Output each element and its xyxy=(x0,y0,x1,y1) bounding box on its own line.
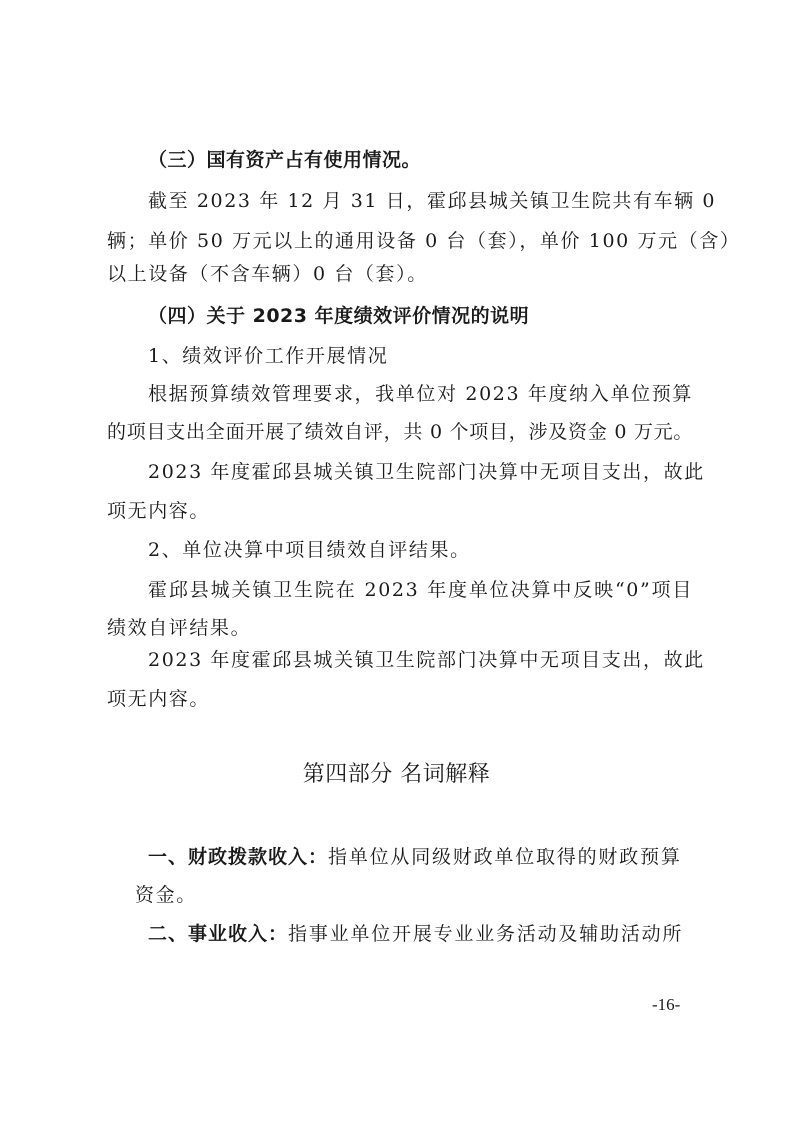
section-3-line-1: 截至 2023 年 12 月 31 日，霍邱县城关镇卫生院共有车辆 0 xyxy=(148,188,693,214)
subsection-1-para-1-line-1: 根据预算绩效管理要求，我单位对 2023 年度纳入单位预算 xyxy=(148,381,693,407)
section-3-line-2: 辆；单价 50 万元以上的通用设备 0 台（套），单价 100 万元（含） xyxy=(107,228,693,254)
subsection-2-para-1-line-2: 绩效自评结果。 xyxy=(107,615,251,641)
section-3-heading: （三）国有资产占有使用情况。 xyxy=(148,147,421,173)
definition-2-text: 指事业单位开展专业业务活动及辅助活动所 xyxy=(288,923,683,945)
subsection-1-para-2-line-1: 2023 年度霍邱县城关镇卫生院部门决算中无项目支出，故此 xyxy=(148,459,693,485)
definition-1-text: 指单位从同级财政单位取得的财政预算 xyxy=(328,846,682,868)
definition-1: 一、财政拨款收入：指单位从同级财政单位取得的财政预算 xyxy=(148,844,682,870)
definition-1-continuation: 资金。 xyxy=(135,882,197,908)
section-4-heading: （四）关于 2023 年度绩效评价情况的说明 xyxy=(148,303,529,329)
page-number: -16- xyxy=(652,995,680,1015)
part-4-title: 第四部分 名词解释 xyxy=(0,760,793,790)
definition-2-term: 二、事业收入： xyxy=(148,923,288,945)
subsection-2-para-2-line-1: 2023 年度霍邱县城关镇卫生院部门决算中无项目支出，故此 xyxy=(148,647,693,673)
section-3-line-3: 以上设备（不含车辆）0 台（套）。 xyxy=(107,261,428,287)
definition-1-term: 一、财政拨款收入： xyxy=(148,846,328,868)
definition-2: 二、事业收入：指事业单位开展专业业务活动及辅助活动所 xyxy=(148,921,683,947)
subsection-1-para-2-line-2: 项无内容。 xyxy=(107,498,210,524)
subsection-1-title: 1、绩效评价工作开展情况 xyxy=(148,343,388,369)
subsection-2-para-1-line-1: 霍邱县城关镇卫生院在 2023 年度单位决算中反映“0”项目 xyxy=(148,577,693,603)
subsection-2-title: 2、单位决算中项目绩效自评结果。 xyxy=(148,537,471,563)
subsection-1-para-1-line-2: 的项目支出全面开展了绩效自评，共 0 个项目，涉及资金 0 万元。 xyxy=(107,419,693,445)
subsection-2-para-2-line-2: 项无内容。 xyxy=(107,686,210,712)
